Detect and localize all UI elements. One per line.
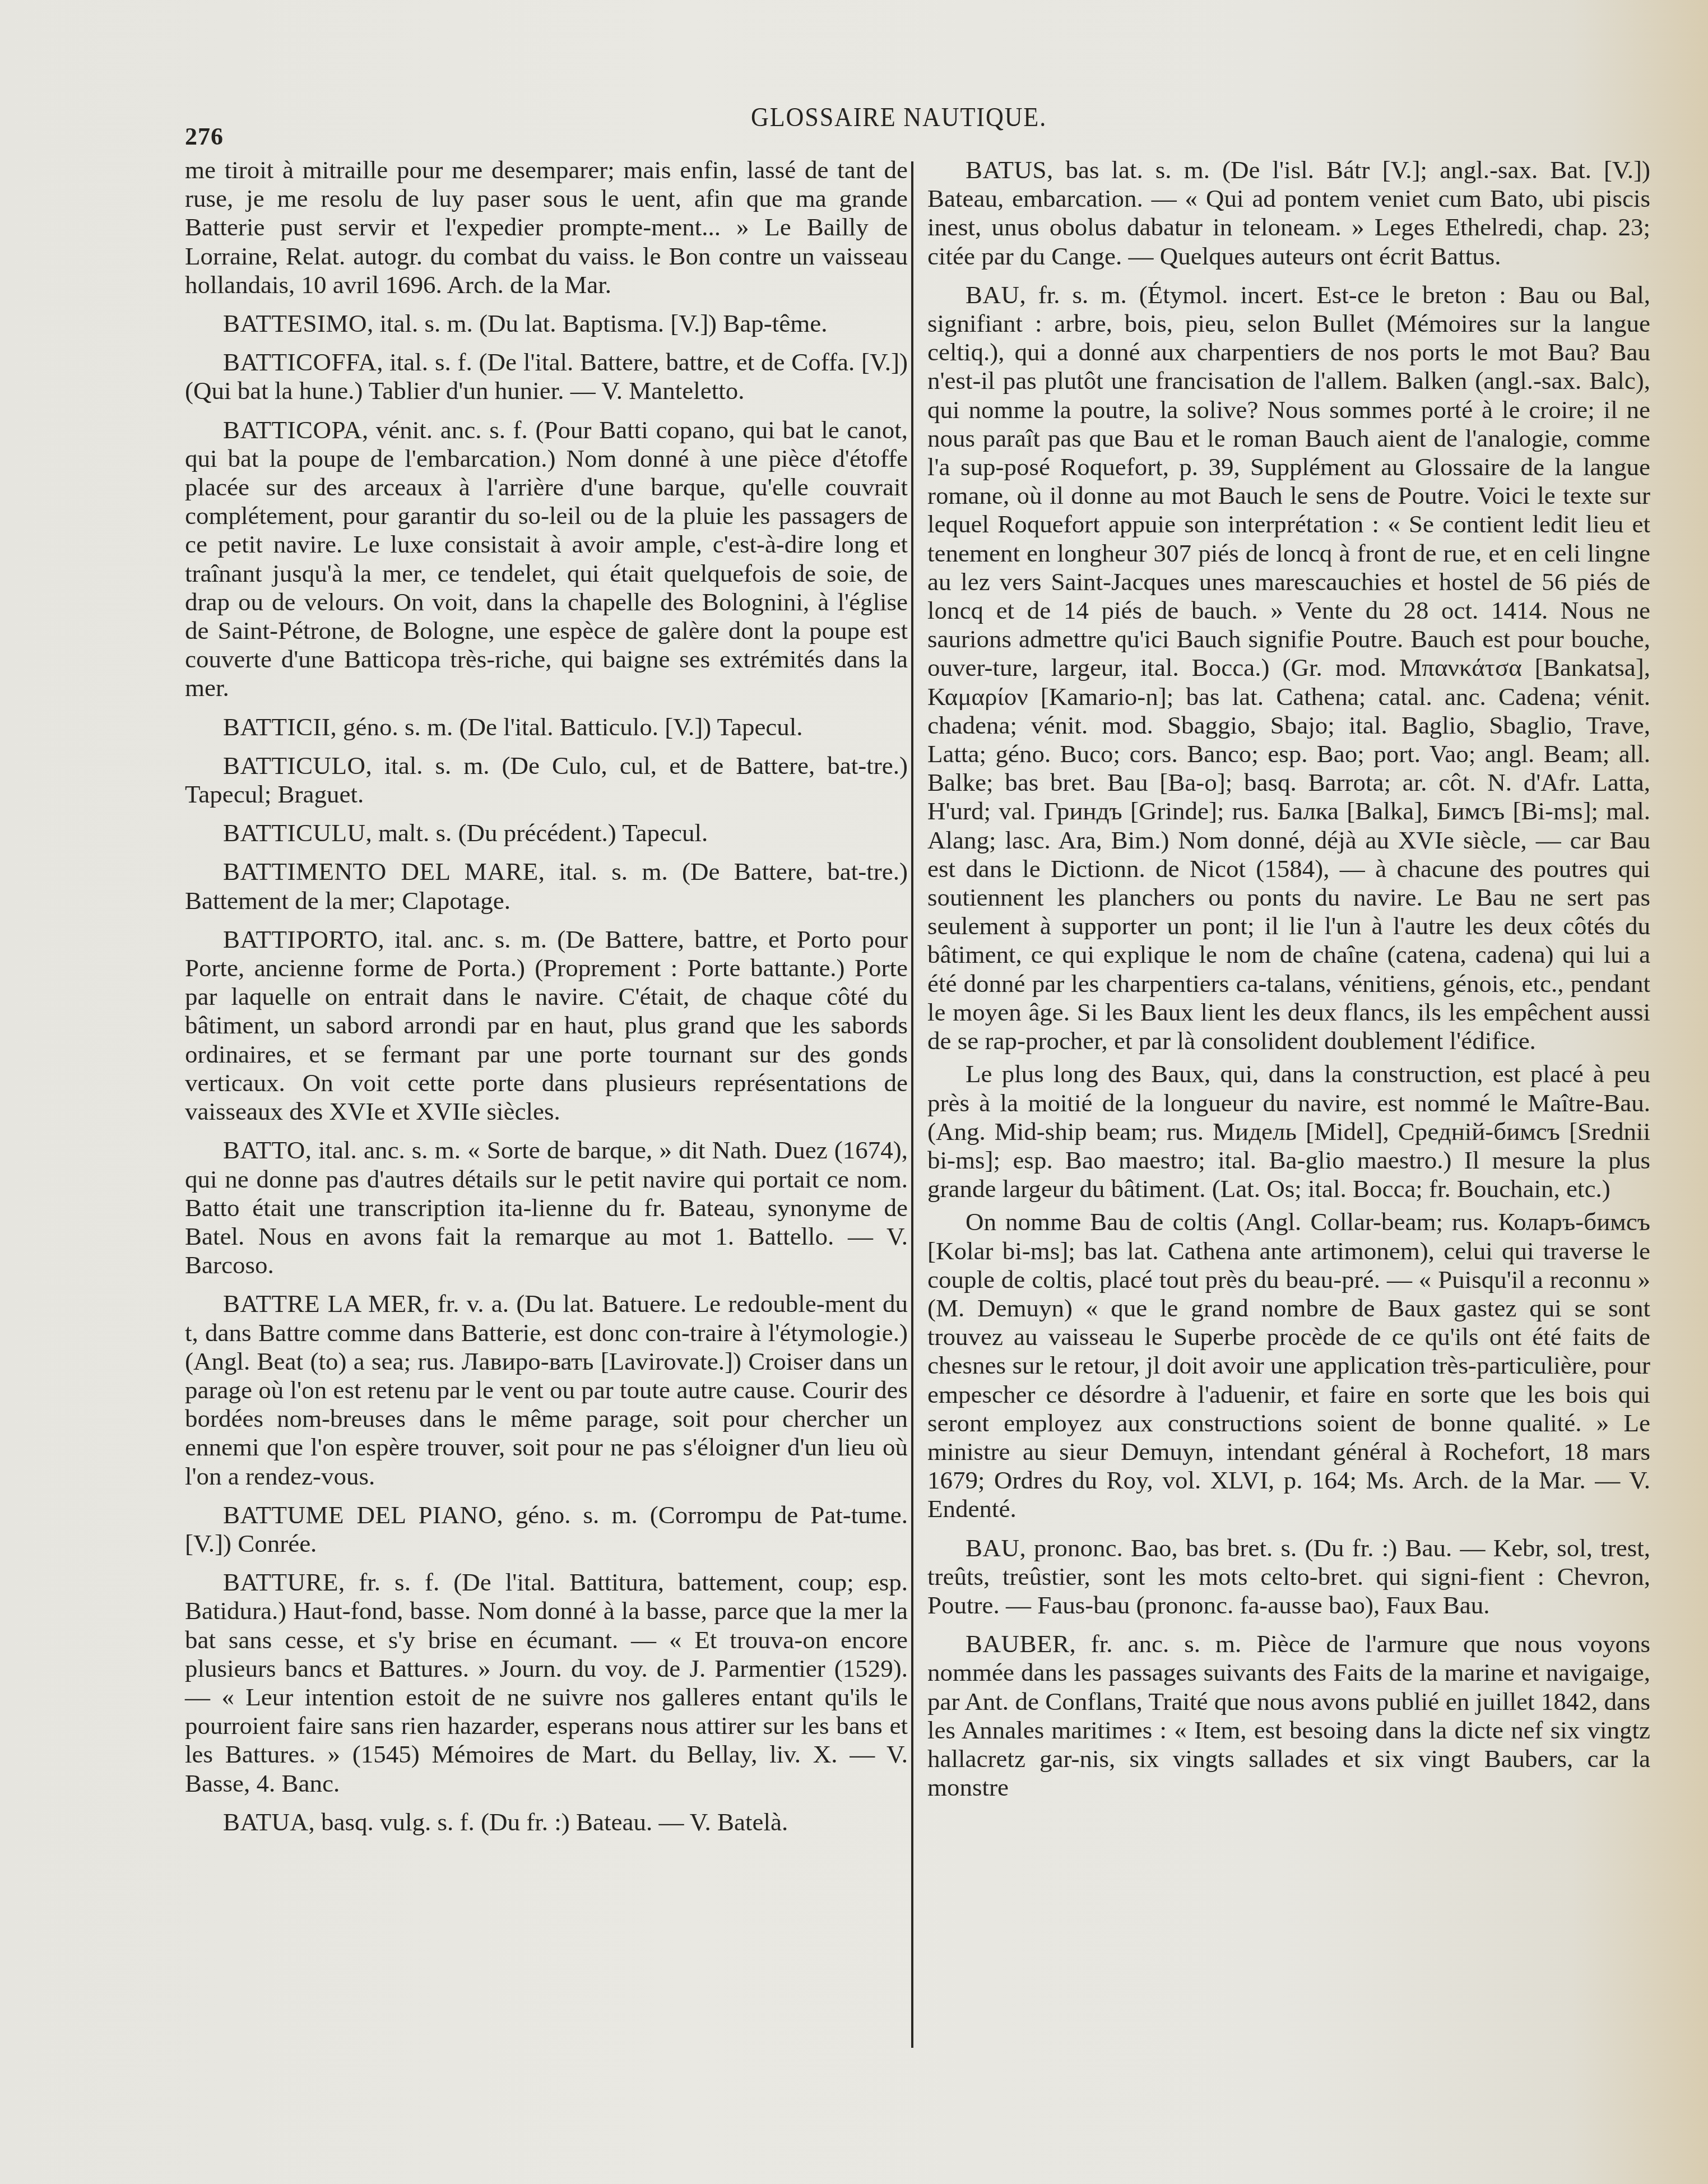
headword: BAU xyxy=(966,1534,1020,1562)
entry-body: , vénit. anc. s. f. (Pour Batti copano, … xyxy=(185,416,908,702)
entry-batus: BATUS, bas lat. s. m. (De l'isl. Bátr [V… xyxy=(927,156,1650,271)
entry-body: , prononc. Bao, bas bret. s. (Du fr. :) … xyxy=(927,1534,1650,1619)
headword: BATTUME DEL PIANO xyxy=(223,1501,496,1529)
entry-body: me tiroit à mitraille pour me desemparer… xyxy=(185,156,908,299)
entry-battimento-del-mare: BATTIMENTO DEL MARE, ital. s. m. (De Bat… xyxy=(185,857,908,915)
headword: BATTO xyxy=(223,1136,305,1164)
headword: BATTICULO xyxy=(223,752,365,780)
entry-body: Le plus long des Baux, qui, dans la cons… xyxy=(927,1060,1650,1203)
entry-body: , fr. s. m. (Étymol. incert. Est-ce le b… xyxy=(927,281,1650,1055)
entry-batticii: BATTICII, géno. s. m. (De l'ital. Battic… xyxy=(185,713,908,741)
headword: BATTICULU xyxy=(223,819,365,847)
entry-batticopa: BATTICOPA, vénit. anc. s. f. (Pour Batti… xyxy=(185,416,908,703)
entry-body: , fr. v. a. (Du lat. Batuere. Le redoubl… xyxy=(185,1290,908,1490)
entry-body: , géno. s. m. (De l'ital. Batticulo. [V.… xyxy=(330,713,802,741)
entry-bauber: BAUBER, fr. anc. s. m. Pièce de l'armure… xyxy=(927,1630,1650,1802)
headword: BATTIPORTO xyxy=(223,925,378,953)
headword: BATTICII xyxy=(223,713,330,741)
headword: BATTESIMO xyxy=(223,309,367,337)
right-column: BATUS, bas lat. s. m. (De l'isl. Bátr [V… xyxy=(927,156,1650,1812)
entry-body: , ital. s. m. (Du lat. Baptisma. [V.]) B… xyxy=(367,309,828,337)
entry-body: , malt. s. (Du précédent.) Tapecul. xyxy=(365,819,708,847)
entry-maitre-bau-paragraph: Le plus long des Baux, qui, dans la cons… xyxy=(927,1060,1650,1203)
entry-battume-del-piano: BATTUME DEL PIANO, géno. s. m. (Corrompu… xyxy=(185,1501,908,1558)
entry-bau-de-coltis-paragraph: On nomme Bau de coltis (Angl. Collar-bea… xyxy=(927,1208,1650,1523)
entry-body: , basq. vulg. s. f. (Du fr. :) Bateau. —… xyxy=(309,1808,788,1836)
headword: BATTRE LA MER xyxy=(223,1290,424,1318)
page-number: 276 xyxy=(185,122,224,151)
entry-body: On nomme Bau de coltis (Angl. Collar-bea… xyxy=(927,1208,1650,1523)
entry-bau-bas-breton: BAU, prononc. Bao, bas bret. s. (Du fr. … xyxy=(927,1534,1650,1620)
entry-batua: BATUA, basq. vulg. s. f. (Du fr. :) Bate… xyxy=(185,1808,908,1837)
headword: BATTICOPA xyxy=(223,416,362,444)
left-column: me tiroit à mitraille pour me desemparer… xyxy=(185,156,908,1847)
headword: BATUA xyxy=(223,1808,309,1836)
entry-batto: BATTO, ital. anc. s. m. « Sorte de barqu… xyxy=(185,1136,908,1279)
entry-body: , ital. anc. s. m. (De Battere, battre, … xyxy=(185,925,908,1125)
headword: BATTIMENTO DEL MARE xyxy=(223,857,539,885)
entry-body: , fr. s. f. (De l'ital. Battitura, batte… xyxy=(185,1568,908,1797)
column-divider-rule xyxy=(911,161,913,2048)
entry-batticulu: BATTICULU, malt. s. (Du précédent.) Tape… xyxy=(185,819,908,847)
entry-batture: BATTURE, fr. s. f. (De l'ital. Battitura… xyxy=(185,1568,908,1798)
entry-bau: BAU, fr. s. m. (Étymol. incert. Est-ce l… xyxy=(927,281,1650,1055)
entry-battre-la-mer: BATTRE LA MER, fr. v. a. (Du lat. Batuer… xyxy=(185,1290,908,1490)
entry-batticulo: BATTICULO, ital. s. m. (De Culo, cul, et… xyxy=(185,752,908,809)
headword: BATTICOFFA xyxy=(223,348,377,376)
headword: BAU xyxy=(966,281,1020,309)
headword: BATUS xyxy=(966,156,1047,184)
headword: BAUBER xyxy=(966,1630,1070,1658)
entry-continuation: me tiroit à mitraille pour me desemparer… xyxy=(185,156,908,299)
entry-batticoffa: BATTICOFFA, ital. s. f. (De l'ital. Batt… xyxy=(185,348,908,405)
headword: BATTURE xyxy=(223,1568,338,1596)
running-head: GLOSSAIRE NAUTIQUE. xyxy=(751,102,1047,133)
entry-battiporto: BATTIPORTO, ital. anc. s. m. (De Battere… xyxy=(185,925,908,1126)
entry-battesimo: BATTESIMO, ital. s. m. (Du lat. Baptisma… xyxy=(185,309,908,338)
